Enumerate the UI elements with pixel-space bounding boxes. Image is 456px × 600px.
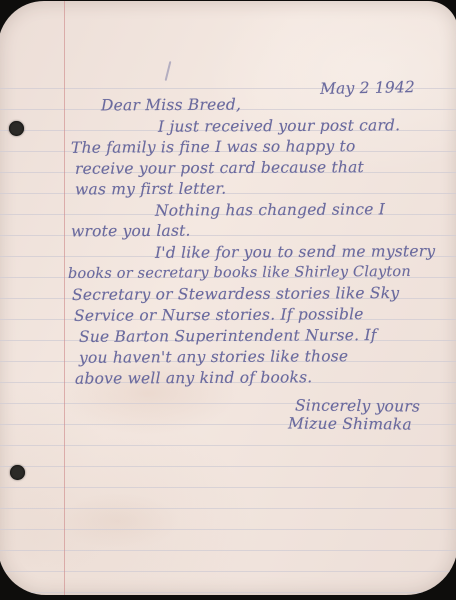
letter-line: The family is fine I was so happy to [71,136,356,158]
stray-pen-mark [165,61,172,81]
hole-punch-bottom [10,465,25,480]
letter-line: was my first letter. [75,179,227,200]
letter-line: I'd like for you to send me mystery [155,241,435,263]
letter-line: Secretary or Stewardess stories like Sky [72,283,399,305]
letter-signature: Mizue Shimaka [288,413,412,434]
scanned-letter-page: May 2 1942 Dear Miss Breed, I just recei… [0,0,456,600]
letter-line: Service or Nurse stories. If possible [74,304,364,326]
letter-line: above well any kind of books. [75,367,313,388]
letter-salutation: Dear Miss Breed, [101,95,241,116]
letter-line: receive your post card because that [75,157,364,179]
red-margin-line [64,1,65,595]
letter-line: I just received your post card. [158,115,400,136]
notebook-paper: May 2 1942 Dear Miss Breed, I just recei… [0,1,456,595]
letter-line: books or secretary books like Shirley Cl… [68,262,411,284]
letter-line: Sue Barton Superintendent Nurse. If [79,325,377,347]
letter-line: Nothing has changed since I [155,199,385,220]
hole-punch-top [9,121,24,136]
letter-line: wrote you last. [71,221,191,242]
letter-line: you haven't any stories like those [79,346,348,368]
letter-date: May 2 1942 [320,77,415,99]
